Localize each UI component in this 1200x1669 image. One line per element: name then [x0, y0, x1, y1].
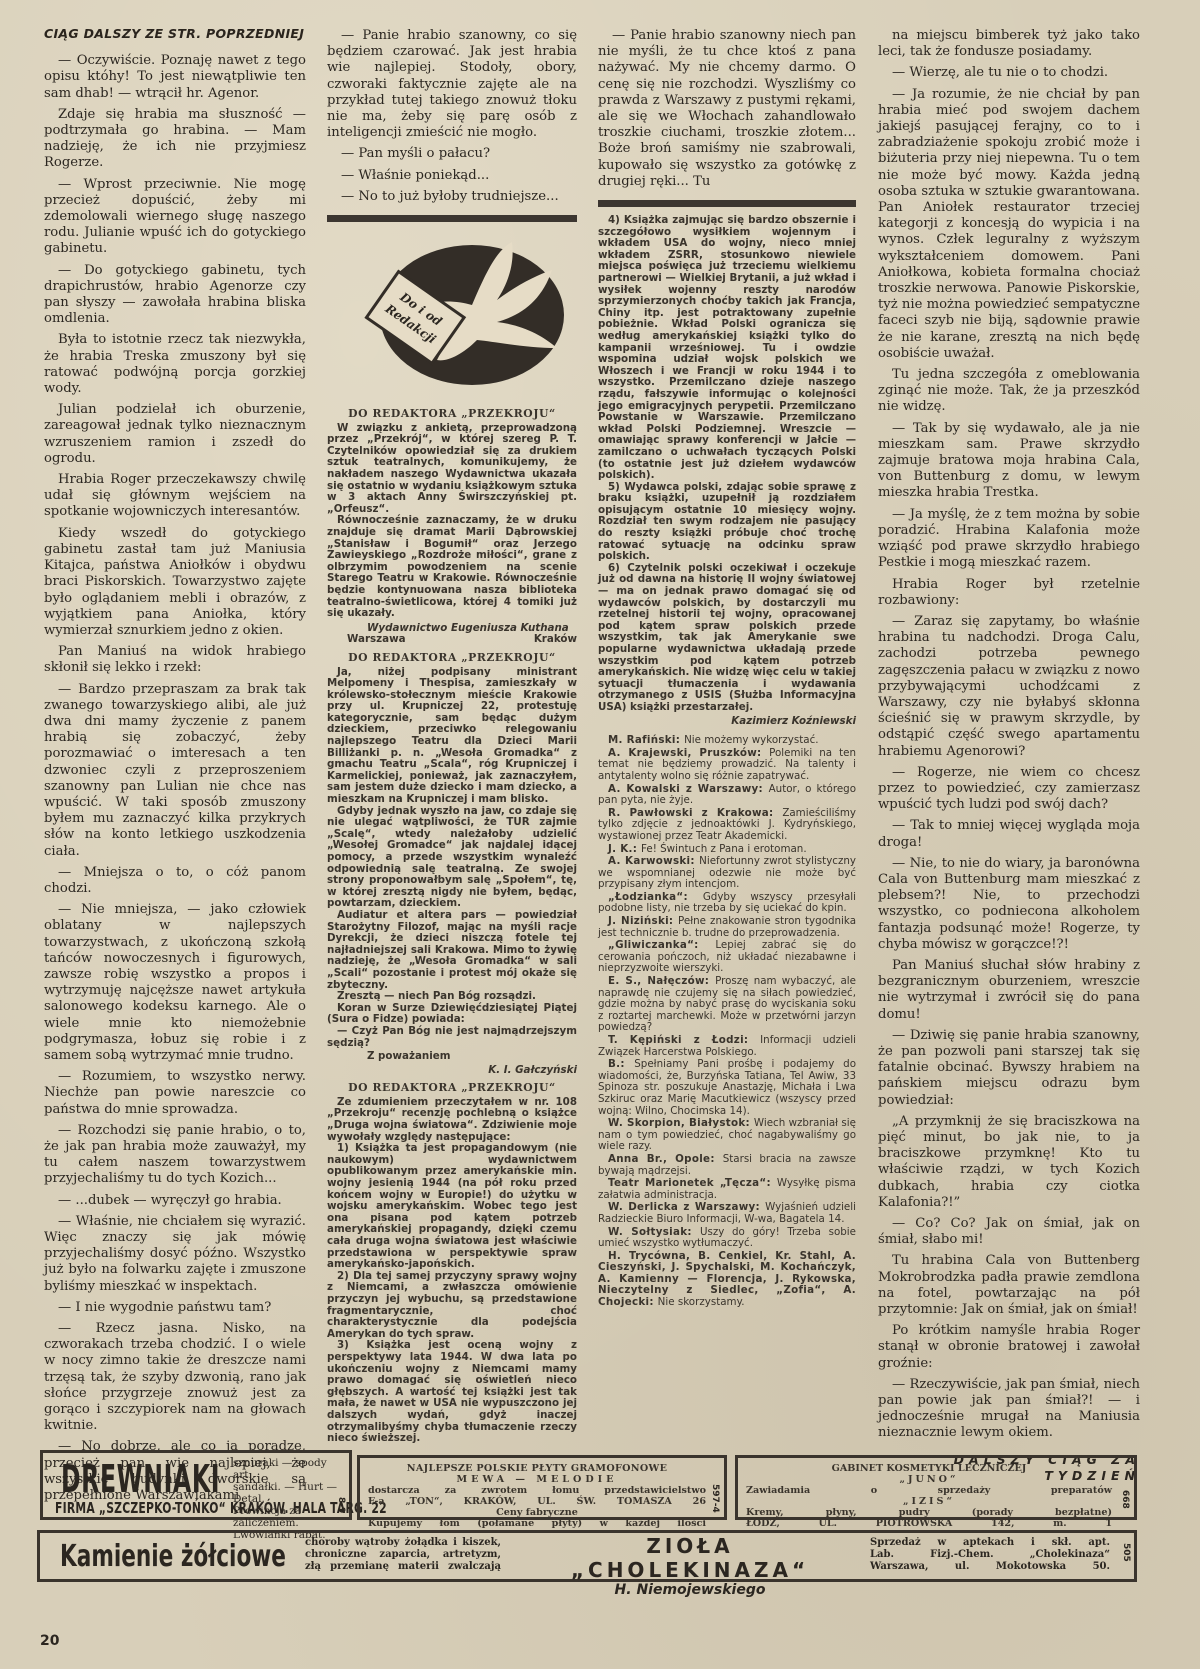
reply-recipient: W. Derlicka z Warszawy: — [608, 1201, 765, 1213]
paragraph: Hrabia Roger był rzetelnie rozbawiony: — [878, 577, 1140, 609]
ad-line: Zawiadamia o sprzedaży preparatów — [746, 1485, 1112, 1496]
signature-city-right: Kraków — [534, 634, 577, 646]
paragraph: — Tak by się wydawało, ale ja nie mieszk… — [878, 421, 1140, 502]
paragraph: Tu jedna szczegóła z omeblowania zginąć … — [878, 367, 1140, 416]
paragraph: — Wierzę, ale tu nie o to chodzi. — [878, 65, 1140, 81]
ad-code: 505 — [1121, 1543, 1131, 1562]
paragraph: Była to istotnie rzecz tak niezwykła, że… — [44, 332, 306, 397]
reply-item: Teatr Marionetek „Tęcza“: Wysyłkę pisma … — [598, 1178, 856, 1201]
reply-recipient: W. Sołtysiak: — [608, 1226, 700, 1238]
reply-recipient: Teatr Marionetek „Tęcza“: — [608, 1177, 777, 1189]
story-paragraphs: — Panie hrabio szanowny niech pan nie my… — [598, 28, 856, 190]
reply-item: J. K.: Fe! Świntuch z Pana i erotoman. — [598, 844, 856, 856]
paragraph: Równocześnie zaznaczamy, że w druku znaj… — [327, 515, 577, 619]
paragraph: — ...dubek — wyręczył go hrabia. — [44, 1193, 306, 1209]
reply-item: E. S., Nałęczów: Proszę nam wybaczyć, al… — [598, 976, 856, 1034]
ad-title: NAJLEPSZE POLSKIE PŁYTY GRAMOFONOWE — [368, 1463, 706, 1474]
paragraph: Ja, niżej podpisany ministrant Melpomeny… — [327, 667, 577, 806]
text-line: złą przemianę materii zwalczają — [305, 1561, 501, 1573]
text-line: sznuraki — spody art. — [233, 1457, 345, 1481]
ad-line: Kupujemy łom (połamane płyty) w każdej i… — [368, 1518, 706, 1529]
reply-text: Spełniamy Pani prośbę i podajemy do wiad… — [598, 1058, 856, 1116]
ad-line: Kremy, płyny, pudry (porady bezpłatne) — [746, 1507, 1112, 1518]
paragraph: — Rozumiem, to wszystko nerwy. Niechże p… — [44, 1069, 306, 1118]
reply-recipient: A. Kowalski z Warszawy: — [608, 783, 769, 795]
reply-item: A. Kowalski z Warszawy: Autor, o którego… — [598, 784, 856, 807]
paragraph: — Nie, to nie do wiary, ja baronówna Cal… — [878, 856, 1140, 953]
story-paragraphs: — Panie hrabio szanowny, co się będziem … — [327, 28, 577, 205]
reply-recipient: J. K.: — [608, 843, 641, 855]
letter-3: DO REDAKTORA „PRZEKROJU“ Ze zdumieniem p… — [327, 1082, 577, 1444]
letters-emblem: Do i od Redakcji — [327, 230, 577, 400]
text-line: Warszawa, ul. Mokotowska 50. — [870, 1561, 1110, 1573]
paragraph: — Ja rozumie, że nie chciał by pan hrabi… — [878, 87, 1140, 362]
signature-city-left: Warszawa — [347, 634, 406, 646]
story-column-2: — Panie hrabio szanowny, co się będziem … — [327, 28, 577, 1445]
paragraph: — Wprost przeciwnie. Nie mogę przecież d… — [44, 177, 306, 258]
ad-title: GABINET KOSMETYKI LECZNICZEJ — [746, 1463, 1112, 1474]
paragraph: 4) Książka zajmując się bardzo obszernie… — [598, 215, 856, 482]
letter-heading: DO REDAKTORA „PRZEKROJU“ — [327, 408, 577, 420]
ad-line: Ceny fabryczne — [368, 1507, 706, 1518]
reply-item: T. Kępiński z Łodzi: Informacji udzieli … — [598, 1035, 856, 1058]
paragraph: Zdaje się hrabia ma słuszność — podtrzym… — [44, 107, 306, 172]
reply-recipient: M. Rafiński: — [608, 734, 684, 746]
paragraph: — Panie hrabio szanowny, co się będziem … — [327, 28, 577, 141]
paragraph: — Rozchodzi się panie hrabio, o to, że j… — [44, 1123, 306, 1188]
ad-kamienie-zolciowe: Kamienie żółciowe choroby wątroby żołądk… — [37, 1530, 1137, 1582]
ad-line: F-a „TON“, KRAKÓW, UL. ŚW. TOMASZA 26 — [368, 1496, 706, 1507]
reply-recipient: „Gliwiczanka“: — [608, 939, 715, 951]
ad-line: dostarcza za zwrotem łomu przedstawiciel… — [368, 1485, 706, 1496]
ad-subtitle: MEWA — MELODIE — [368, 1474, 706, 1485]
ad-title: Kamienie żółciowe — [60, 1535, 286, 1579]
letter-paragraphs: Ja, niżej podpisany ministrant Melpomeny… — [327, 667, 577, 1050]
reply-item: W. Sołtysiak: Uszy do góry! Trzeba sobie… — [598, 1227, 856, 1250]
story-column-1: CIĄG DALSZY ZE STR. POPRZEDNIEJ — Oczywi… — [44, 26, 306, 1509]
paragraph: 1) Książka ta jest propagandowym (nie na… — [327, 1143, 577, 1271]
reply-recipient: J. Niziński: — [608, 915, 678, 927]
paragraph: — Czyż Pan Bóg nie jest najmądrzejszym s… — [327, 1026, 577, 1049]
reply-item: A. Krajewski, Pruszków: Polemiki na ten … — [598, 748, 856, 783]
paragraph: — Tak to mniej więcej wygląda moja droga… — [878, 818, 1140, 850]
ad-code: 597-4 — [710, 1484, 720, 1513]
paragraph: „A przymknij że się braciszkowa na pięć … — [878, 1114, 1140, 1211]
ad-drewniaki: DREWNIAKI sznuraki — spody art.sandałki.… — [40, 1450, 352, 1520]
reply-recipient: A. Krajewski, Pruszków: — [608, 747, 769, 759]
story-column-3: — Panie hrabio szanowny niech pan nie my… — [598, 28, 856, 1310]
paragraph: — Rzeczywiście, jak pan śmiał, niech pan… — [878, 1377, 1140, 1442]
paragraph: 2) Dla tej samej przyczyny sprawy wojny … — [327, 1271, 577, 1341]
ad-code: 8-9 — [336, 1497, 346, 1513]
reply-item: „Gliwiczanka“: Lepiej zabrać się do cero… — [598, 940, 856, 975]
paragraph: Pan Maniuś słuchał słów hrabiny z bezgra… — [878, 958, 1140, 1023]
reply-item: W. Skorpion, Białystok: Wiech wzbraniał … — [598, 1118, 856, 1153]
reply-recipient: W. Skorpion, Białystok: — [608, 1117, 754, 1129]
paragraph: Kiedy wszedł do gotyckiego gabinetu zast… — [44, 526, 306, 639]
paragraph: — Rogerze, nie wiem co chcesz przez to p… — [878, 765, 1140, 814]
letter-1: DO REDAKTORA „PRZEKROJU“ W związku z ank… — [327, 408, 577, 646]
paragraph: 6) Czytelnik polski oczekiwał i oczekuje… — [598, 563, 856, 714]
paragraph: — Ja myślę, że z tem można by sobie pora… — [878, 507, 1140, 572]
reply-item: „Łodzianka“: Gdyby wszyscy przesyłali po… — [598, 892, 856, 915]
story-paragraphs: na miejscu bimberek tyż jako tako leci, … — [878, 28, 1140, 1442]
paragraph: Ze zdumieniem przeczytałem w nr. 108 „Pr… — [327, 1097, 577, 1143]
reader-replies: M. Rafiński: Nie możemy wykorzystać.A. K… — [598, 735, 856, 1309]
ad-lines: choroby wątroby żołądka i kiszek,chronic… — [305, 1537, 501, 1573]
paragraph: — Panie hrabio szanowny niech pan nie my… — [598, 28, 856, 190]
running-head: CIĄG DALSZY ZE STR. POPRZEDNIEJ — [44, 26, 306, 42]
ad-brand-sub: H. Niemojewskiego — [530, 1582, 850, 1598]
reply-text: Nie możemy wykorzystać. — [684, 734, 818, 746]
section-divider — [598, 200, 856, 207]
reply-item: J. Niziński: Pełne znakowanie stron tygo… — [598, 916, 856, 939]
ad-name: „JUNO“ — [746, 1474, 1112, 1485]
ad-brand: ZIOŁA „CHOLEKINAZA“ — [530, 1534, 850, 1582]
reply-item: B.: Spełniamy Pani prośbę i podajemy do … — [598, 1059, 856, 1117]
reply-item: A. Karwowski: Niefortunny zwrot stylisty… — [598, 856, 856, 891]
letter-heading: DO REDAKTORA „PRZEKROJU“ — [327, 652, 577, 664]
reply-text: Nie skorzystamy. — [658, 1296, 745, 1308]
story-column-4: na miejscu bimberek tyż jako tako leci, … — [878, 28, 1140, 1484]
reply-item: R. Pawłowski z Krakowa: Zamieściliśmy ty… — [598, 808, 856, 843]
paragraph: Zresztą — niech Pan Bóg rozsądzi. — [327, 991, 577, 1003]
paragraph: — Nie mniejsza, — jako człowiek oblatany… — [44, 902, 306, 1064]
paragraph: — Właśnie poniekąd... — [327, 168, 577, 184]
paragraph: 3) Książka jest oceną wojny z perspektyw… — [327, 1340, 577, 1444]
paragraph: — Właśnie, nie chciałem się wyrazić. Wię… — [44, 1214, 306, 1295]
paragraph: Audiatur et altera pars — powiedział Sta… — [327, 910, 577, 991]
ad-product: „IZIS“ — [746, 1496, 1112, 1507]
reply-item: W. Derlicka z Warszawy: Wyjaśnień udziel… — [598, 1202, 856, 1225]
paragraph: — No to już byłoby trudniejsze... — [327, 189, 577, 205]
ad-mewa-melodie: NAJLEPSZE POLSKIE PŁYTY GRAMOFONOWE MEWA… — [357, 1455, 727, 1520]
paragraph: — Co? Co? Jak on śmiał, jak on śmiał, sł… — [878, 1216, 1140, 1248]
paragraph: Julian podzielał ich oburzenie, zareagow… — [44, 402, 306, 467]
reply-item: Anna Br., Opole: Starsi bracia na zawsze… — [598, 1154, 856, 1177]
reply-recipient: B.: — [608, 1058, 634, 1070]
paragraph: Tu hrabina Cala von Buttenberg Mokrobrod… — [878, 1253, 1140, 1318]
text-line: chroniczne zaparcia, artretyzm, — [305, 1549, 501, 1561]
text-line: Lab. Fizj.-Chem. „Cholekinaza“ — [870, 1549, 1110, 1561]
paragraph: — Pan myśli o pałacu? — [327, 146, 577, 162]
paragraph: — Do gotyckiego gabinetu, tych drapichru… — [44, 263, 306, 328]
reply-recipient: E. S., Nałęczów: — [608, 975, 715, 987]
paragraph: — Bardzo przepraszam za brak tak zwanego… — [44, 682, 306, 860]
letter-paragraphs: 4) Książka zajmując się bardzo obszernie… — [598, 215, 856, 714]
paragraph: 5) Wydawca polski, zdając sobie sprawę z… — [598, 482, 856, 563]
paragraph: — Zaraz się zapytamy, bo właśnie hrabina… — [878, 614, 1140, 760]
ad-code: 668 — [1120, 1490, 1130, 1509]
paragraph: Gdyby jednak wyszło na jaw, co zdaje się… — [327, 806, 577, 910]
paragraph: Po krótkim namyśle hrabia Roger stanął w… — [878, 1323, 1140, 1372]
story-paragraphs: — Oczywiście. Poznaję nawet z tego opisu… — [44, 53, 306, 1504]
reply-recipient: Anna Br., Opole: — [608, 1153, 723, 1165]
paragraph: na miejscu bimberek tyż jako tako leci, … — [878, 28, 1140, 60]
ad-right-lines: Sprzedaż w aptekach i skł. apt.Lab. Fizj… — [870, 1537, 1110, 1573]
letter-paragraphs: Ze zdumieniem przeczytałem w nr. 108 „Pr… — [327, 1097, 577, 1445]
paragraph: — Mniejsza o to, o cóż panom chodzi. — [44, 865, 306, 897]
page-number: 20 — [40, 1633, 59, 1649]
paragraph: — Dziwię się panie hrabia szanowny, że p… — [878, 1028, 1140, 1109]
reply-item: H. Trycówna, B. Cenkiel, Kr. Stahl, A. C… — [598, 1251, 856, 1309]
section-divider — [327, 215, 577, 222]
paragraph: Pan Maniuś na widok hrabiego skłonił się… — [44, 644, 306, 676]
ad-juno: GABINET KOSMETYKI LECZNICZEJ „JUNO“ Zawi… — [735, 1455, 1137, 1520]
ad-title: DREWNIAKI — [61, 1455, 220, 1503]
reply-recipient: T. Kępiński z Łodzi: — [608, 1034, 760, 1046]
paragraph: Hrabia Roger przeczekawszy chwilę udał s… — [44, 472, 306, 521]
paragraph: Koran w Surze Dziewięćdziesiątej Piątej … — [327, 1003, 577, 1026]
letter-signature: Kazimierz Koźniewski — [598, 716, 856, 728]
reply-item: M. Rafiński: Nie możemy wykorzystać. — [598, 735, 856, 747]
paragraph: — Rzecz jasna. Nisko, na czworakach trze… — [44, 1321, 306, 1434]
ad-address: ŁÓDŹ, UL. PIOTROWSKA 142, m. 1 — [746, 1518, 1112, 1529]
paragraph: W związku z ankietą, przeprowadzoną prze… — [327, 423, 577, 516]
newspaper-page: CIĄG DALSZY ZE STR. POPRZEDNIEJ — Oczywi… — [0, 0, 1200, 1669]
paragraph: — Oczywiście. Poznaję nawet z tego opisu… — [44, 53, 306, 102]
text-line: choroby wątroby żołądka i kiszek, — [305, 1537, 501, 1549]
letter-2: DO REDAKTORA „PRZEKROJU“ Ja, niżej podpi… — [327, 652, 577, 1076]
letter-signature: K. I. Gałczyński — [327, 1065, 577, 1077]
reply-recipient: „Łodzianka“: — [608, 891, 703, 903]
letter-heading: DO REDAKTORA „PRZEKROJU“ — [327, 1082, 577, 1094]
paragraph: — I nie wygodnie państwu tam? — [44, 1300, 306, 1316]
letter-paragraphs: W związku z ankietą, przeprowadzoną prze… — [327, 423, 577, 620]
dove-icon: Do i od Redakcji — [347, 230, 567, 395]
reply-recipient: A. Karwowski: — [608, 855, 699, 867]
letter-3-continued: 4) Książka zajmując się bardzo obszernie… — [598, 215, 856, 1309]
letter-closing: Z poważaniem — [327, 1051, 577, 1063]
reply-text: Fe! Świntuch z Pana i erotoman. — [641, 843, 807, 855]
reply-recipient: R. Pawłowski z Krakowa: — [608, 807, 782, 819]
text-line: Sprzedaż w aptekach i skł. apt. — [870, 1537, 1110, 1549]
